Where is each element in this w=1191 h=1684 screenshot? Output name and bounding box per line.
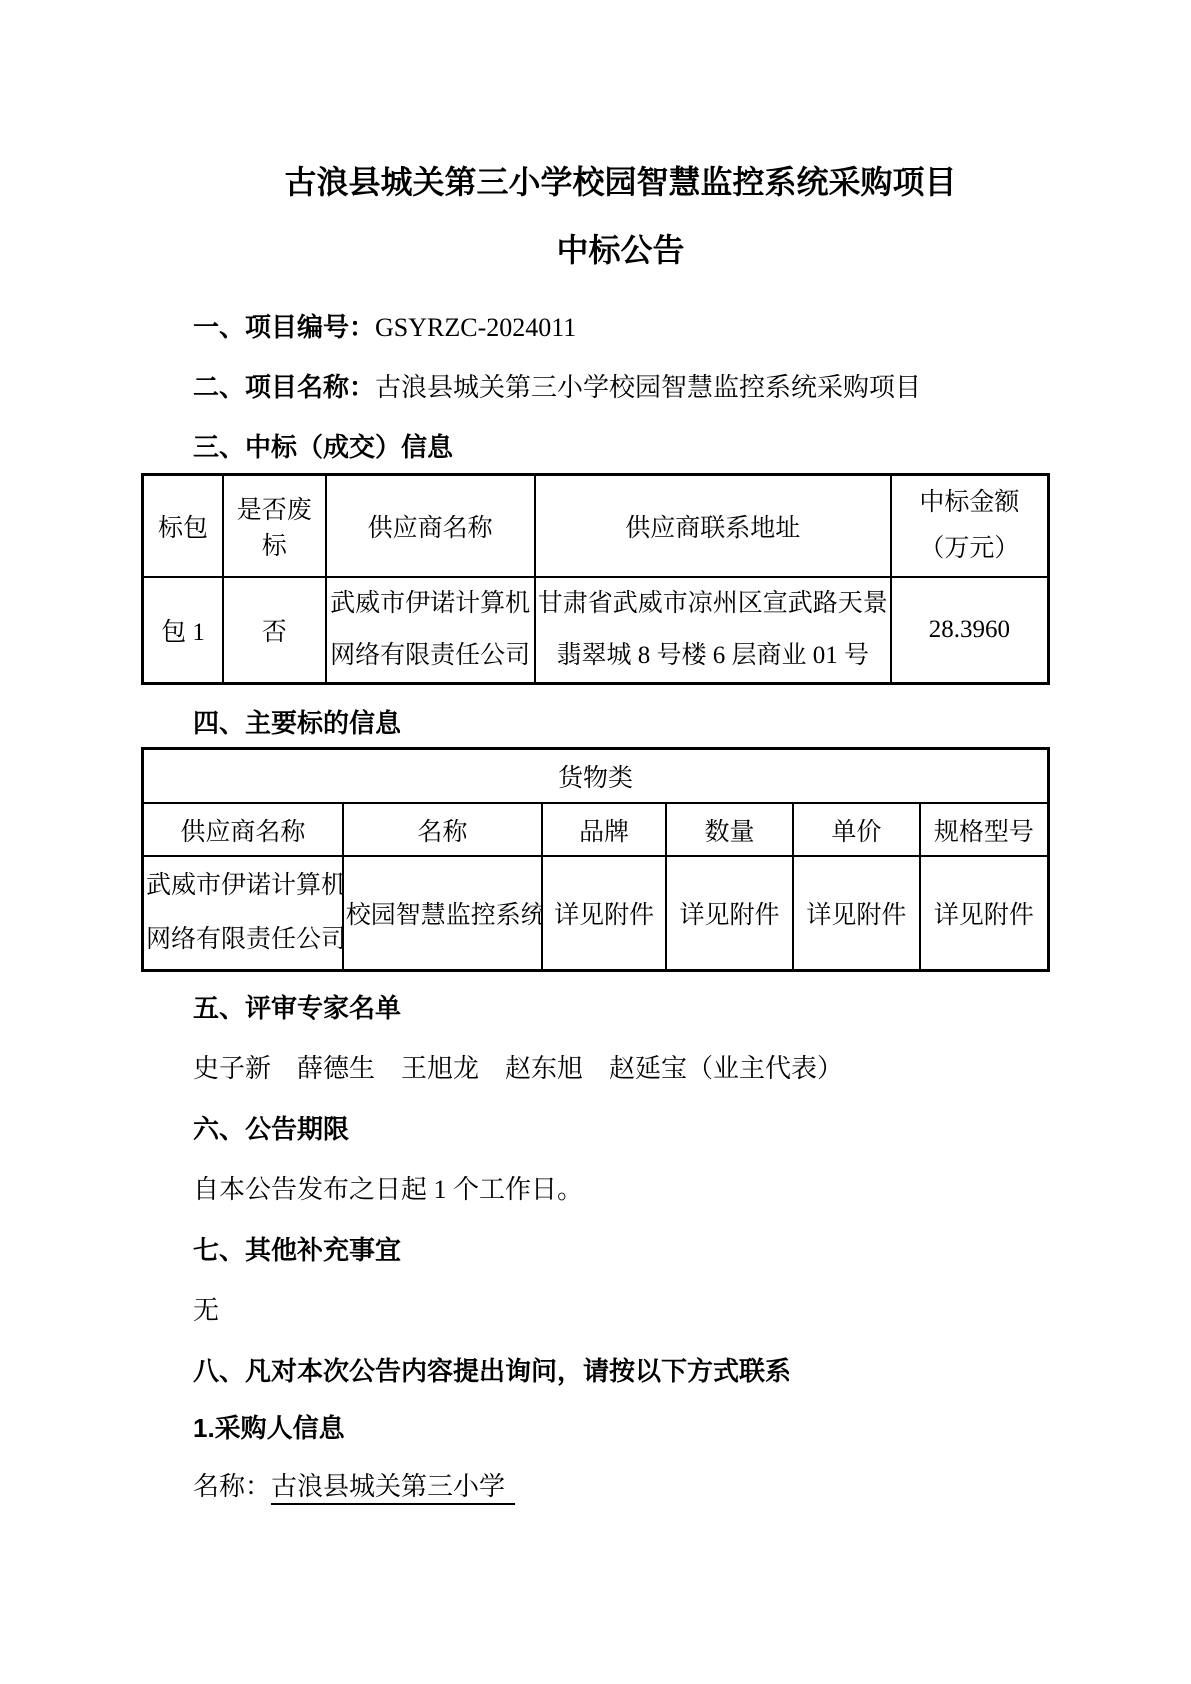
document-page: 古浪县城关第三小学校园智慧监控系统采购项目 中标公告 一、项目编号：GSYRZC… [0, 0, 1191, 1684]
announcement-period-text: 自本公告发布之日起 1 个工作日。 [141, 1176, 1050, 1204]
subject-cell-supplier: 武威市伊诺计算机 网络有限责任公司 [143, 856, 343, 971]
award-header-address: 供应商联系地址 [535, 475, 891, 578]
subject-header-quantity: 数量 [666, 803, 793, 856]
subject-table-header-row: 供应商名称 名称 品牌 数量 单价 规格型号 [143, 803, 1049, 856]
section-7-heading: 七、其他补充事宜 [141, 1236, 1050, 1265]
subject-cell-brand: 详见附件 [542, 856, 666, 971]
award-header-rejected: 是否废标 [223, 475, 325, 578]
section-3-heading: 三、中标（成交）信息 [141, 433, 1050, 462]
section-1-label: 一、项目编号： [193, 312, 375, 342]
subject-cell-quantity: 详见附件 [666, 856, 793, 971]
subject-table-category-row: 货物类 [143, 749, 1049, 804]
subject-info-table: 货物类 供应商名称 名称 品牌 数量 单价 规格型号 武威市伊诺计算机 网络有限… [141, 747, 1050, 972]
section-1-project-number: 一、项目编号：GSYRZC-2024011 [141, 313, 1050, 342]
section-5-heading: 五、评审专家名单 [141, 994, 1050, 1023]
purchaser-info-heading: 1.采购人信息 [141, 1414, 1050, 1443]
subject-header-spec: 规格型号 [920, 803, 1049, 856]
section-4-heading: 四、主要标的信息 [141, 709, 1050, 738]
expert-names: 史子新 薛德生 王旭龙 赵东旭 赵延宝（业主代表） [141, 1055, 1050, 1083]
subject-header-name: 名称 [343, 803, 542, 856]
section-8-heading: 八、凡对本次公告内容提出询问，请按以下方式联系 [141, 1357, 1050, 1386]
document-subtitle: 中标公告 [141, 233, 1050, 267]
award-info-table: 标包 是否废标 供应商名称 供应商联系地址 中标金额 （万元） 包 1 否 武威… [141, 473, 1050, 685]
subject-cell-unit-price: 详见附件 [793, 856, 920, 971]
subject-table-row: 武威市伊诺计算机 网络有限责任公司 校园智慧监控系统 详见附件 详见附件 详见附… [143, 856, 1049, 971]
project-number-value: GSYRZC-2024011 [375, 313, 576, 342]
section-2-project-name: 二、项目名称：古浪县城关第三小学校园智慧监控系统采购项目 [141, 373, 1050, 402]
subject-header-brand: 品牌 [542, 803, 666, 856]
other-matters-text: 无 [141, 1297, 1050, 1325]
award-header-amount: 中标金额 （万元） [891, 475, 1049, 578]
subject-header-supplier: 供应商名称 [143, 803, 343, 856]
award-header-amount-line2: （万元） [894, 526, 1045, 572]
document-title: 古浪县城关第三小学校园智慧监控系统采购项目 [141, 165, 1050, 199]
award-header-package: 标包 [143, 475, 224, 578]
subject-header-unit-price: 单价 [793, 803, 920, 856]
section-2-label: 二、项目名称： [193, 372, 375, 402]
section-6-heading: 六、公告期限 [141, 1115, 1050, 1144]
award-cell-package: 包 1 [143, 577, 224, 684]
subject-cell-name: 校园智慧监控系统 [343, 856, 542, 971]
award-header-supplier: 供应商名称 [326, 475, 535, 578]
purchaser-name-label: 名称： [193, 1472, 271, 1501]
purchaser-name-line: 名称：古浪县城关第三小学 [141, 1473, 1050, 1505]
award-cell-rejected: 否 [223, 577, 325, 684]
subject-category-cell: 货物类 [143, 749, 1049, 804]
award-cell-address: 甘肃省武威市凉州区宣武路天景 翡翠城 8 号楼 6 层商业 01 号 [535, 577, 891, 684]
purchaser-name-value: 古浪县城关第三小学 [271, 1473, 515, 1505]
subject-cell-spec: 详见附件 [920, 856, 1049, 971]
award-header-amount-line1: 中标金额 [894, 480, 1045, 526]
project-name-value: 古浪县城关第三小学校园智慧监控系统采购项目 [375, 373, 921, 402]
award-table-row: 包 1 否 武威市伊诺计算机 网络有限责任公司 甘肃省武威市凉州区宣武路天景 翡… [143, 577, 1049, 684]
award-table-header-row: 标包 是否废标 供应商名称 供应商联系地址 中标金额 （万元） [143, 475, 1049, 578]
award-cell-amount: 28.3960 [891, 577, 1049, 684]
award-cell-supplier: 武威市伊诺计算机 网络有限责任公司 [326, 577, 535, 684]
